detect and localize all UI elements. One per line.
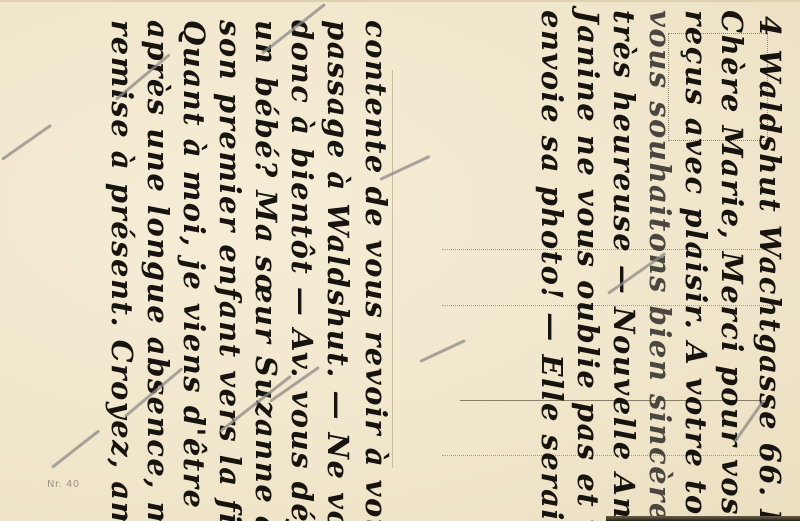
handwritten-line: vous souhaitons bien sincèrement une xyxy=(640,0,680,521)
card-bottom-edge xyxy=(606,516,800,521)
pencil-mark xyxy=(1,124,52,161)
handwritten-line: son premier enfant vers la fin de ce moi… xyxy=(210,0,250,521)
handwritten-line: Quant à moi, je viens d'être très malade xyxy=(174,0,214,521)
handwritten-line: reçus avec plaisir. A votre tour, nous xyxy=(676,0,716,521)
handwritten-line: donc à bientôt — Av. vous déjà xyxy=(282,0,322,521)
pencil-mark xyxy=(51,429,100,468)
handwritten-line: un bébé? Ma sœur Suzanne attend xyxy=(246,0,286,521)
handwritten-line: après une longue absence, mais suis à pe… xyxy=(138,0,178,521)
postcard-back: 4 Waldshut Wachtgasse 66. Paris 6 Janv. … xyxy=(0,0,800,521)
pencil-mark xyxy=(419,339,466,363)
printed-card-number: Nr. 40 xyxy=(47,479,80,490)
handwritten-line: 4 Waldshut Wachtgasse 66. Paris 6 Janv. … xyxy=(750,0,790,521)
handwritten-line: Janine ne vous oublie pas et vous xyxy=(568,0,608,521)
handwritten-line: passage à Waldshut. — Ne vous dis- xyxy=(318,0,358,521)
handwritten-line: Chère Marie, Merci pour vos bons vœux xyxy=(712,0,752,521)
handwritten-line: contente de vous revoir à votre prochain xyxy=(356,0,396,521)
handwritten-line: envoie sa photo! — Elle serait ravie xyxy=(532,0,572,521)
handwritten-line: très heureuse — Nouvelle Année! xyxy=(604,0,644,521)
handwritten-line: remise à présent. Croyez, amie, que votr… xyxy=(102,0,142,521)
